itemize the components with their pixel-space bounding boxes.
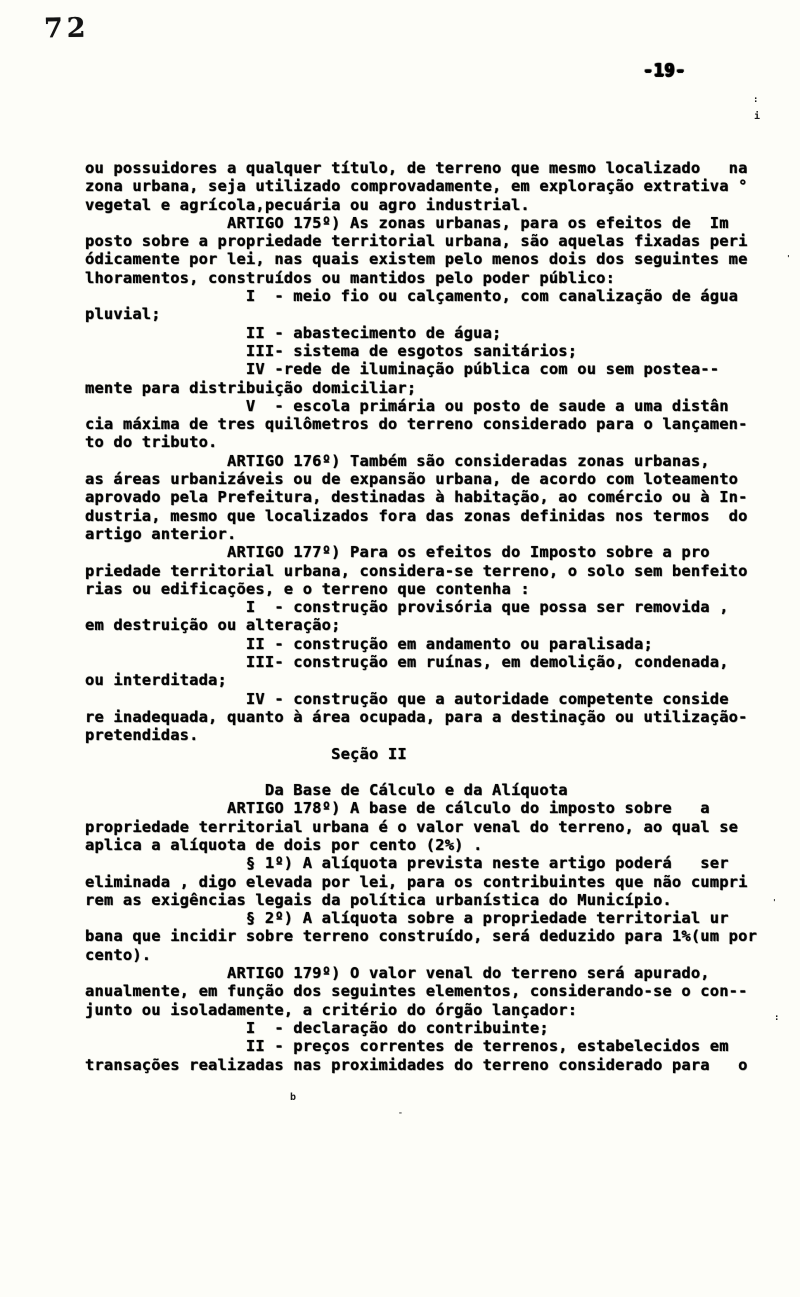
text-line: II - preços correntes de terrenos, estab… xyxy=(85,1037,785,1055)
text-line: to do tributo. xyxy=(85,433,785,451)
text-line: ARTIGO 179º) O valor venal do terreno se… xyxy=(85,964,785,982)
text-line: III- construção em ruínas, em demolição,… xyxy=(85,653,785,671)
text-line: junto ou isoladamente, a critério do órg… xyxy=(85,1001,785,1019)
text-line: aplica a alíquota de dois por cento (2%)… xyxy=(85,836,785,854)
text-line: I - meio fio ou calçamento, com canaliza… xyxy=(85,287,785,305)
text-line: III- sistema de esgotos sanitários; xyxy=(85,342,785,360)
text-line: Da Base de Cálculo e da Alíquota xyxy=(85,781,785,799)
text-line: ou possuidores a qualquer título, de ter… xyxy=(85,159,785,177)
text-line: lhoramentos, construídos ou mantidos pel… xyxy=(85,269,785,287)
text-line: pluvial; xyxy=(85,305,785,323)
text-line: anualmente, em função dos seguintes elem… xyxy=(85,982,785,1000)
text-line: ARTIGO 178º) A base de cálculo do impost… xyxy=(85,799,785,817)
text-line: IV -rede de iluminação pública com ou se… xyxy=(85,360,785,378)
text-line: as áreas urbanizáveis ou de expansão urb… xyxy=(85,470,785,488)
text-line: § 1º) A alíquota prevista neste artigo p… xyxy=(85,854,785,872)
text-line: zona urbana, seja utilizado comprovadame… xyxy=(85,177,785,195)
text-line: ARTIGO 177º) Para os efeitos do Imposto … xyxy=(85,543,785,561)
text-line: § 2º) A alíquota sobre a propriedade ter… xyxy=(85,909,785,927)
text-line: transações realizadas nas proximidades d… xyxy=(85,1056,785,1074)
ink-speck: - xyxy=(398,1108,403,1117)
text-line: ou interditada; xyxy=(85,671,785,689)
text-line: vegetal e agrícola,pecuária ou agro indu… xyxy=(85,196,785,214)
text-line: pretendidas. xyxy=(85,726,785,744)
ink-speck: ' xyxy=(786,254,791,263)
text-line: re inadequada, quanto à área ocupada, pa… xyxy=(85,708,785,726)
text-line: artigo anterior. xyxy=(85,525,785,543)
ink-speck: ' xyxy=(772,898,777,907)
text-line: propriedade territorial urbana é o valor… xyxy=(85,818,785,836)
ink-speck: b xyxy=(290,1093,296,1102)
text-line: rias ou edificações, e o terreno que con… xyxy=(85,580,785,598)
text-line: mente para distribuição domiciliar; xyxy=(85,379,785,397)
page-number: -19- xyxy=(643,61,686,82)
scanned-document-page: 72 -19- ou possuidores a qualquer título… xyxy=(0,0,800,1297)
text-line: cia máxima de tres quilômetros do terren… xyxy=(85,415,785,433)
document-text: ou possuidores a qualquer título, de ter… xyxy=(85,159,785,1074)
text-line: ódicamente por lei, nas quais existem pe… xyxy=(85,250,785,268)
ink-speck: i xyxy=(754,112,760,121)
folio-number: 72 xyxy=(44,13,90,45)
ink-speck: : xyxy=(774,1014,779,1023)
text-line: V - escola primária ou posto de saude a … xyxy=(85,397,785,415)
text-line xyxy=(85,763,785,781)
text-line: ARTIGO 176º) Também são consideradas zon… xyxy=(85,452,785,470)
text-line: posto sobre a propriedade territorial ur… xyxy=(85,232,785,250)
text-line: dustria, mesmo que localizados fora das … xyxy=(85,507,785,525)
text-line: II - abastecimento de água; xyxy=(85,324,785,342)
text-line: Seção II xyxy=(85,745,785,763)
text-line: IV - construção que a autoridade compete… xyxy=(85,690,785,708)
text-line: cento). xyxy=(85,946,785,964)
text-line: em destruição ou alteração; xyxy=(85,616,785,634)
text-line: I - construção provisória que possa ser … xyxy=(85,598,785,616)
text-line: rem as exigências legais da política urb… xyxy=(85,891,785,909)
ink-speck: : xyxy=(753,96,758,105)
text-line: II - construção em andamento ou paralisa… xyxy=(85,635,785,653)
text-line: aprovado pela Prefeitura, destinadas à h… xyxy=(85,488,785,506)
text-line: eliminada , digo elevada por lei, para o… xyxy=(85,873,785,891)
text-line: I - declaração do contribuinte; xyxy=(85,1019,785,1037)
text-line: ARTIGO 175º) As zonas urbanas, para os e… xyxy=(85,214,785,232)
text-line: priedade territorial urbana, considera-s… xyxy=(85,562,785,580)
text-line: bana que incidir sobre terreno construíd… xyxy=(85,927,785,945)
